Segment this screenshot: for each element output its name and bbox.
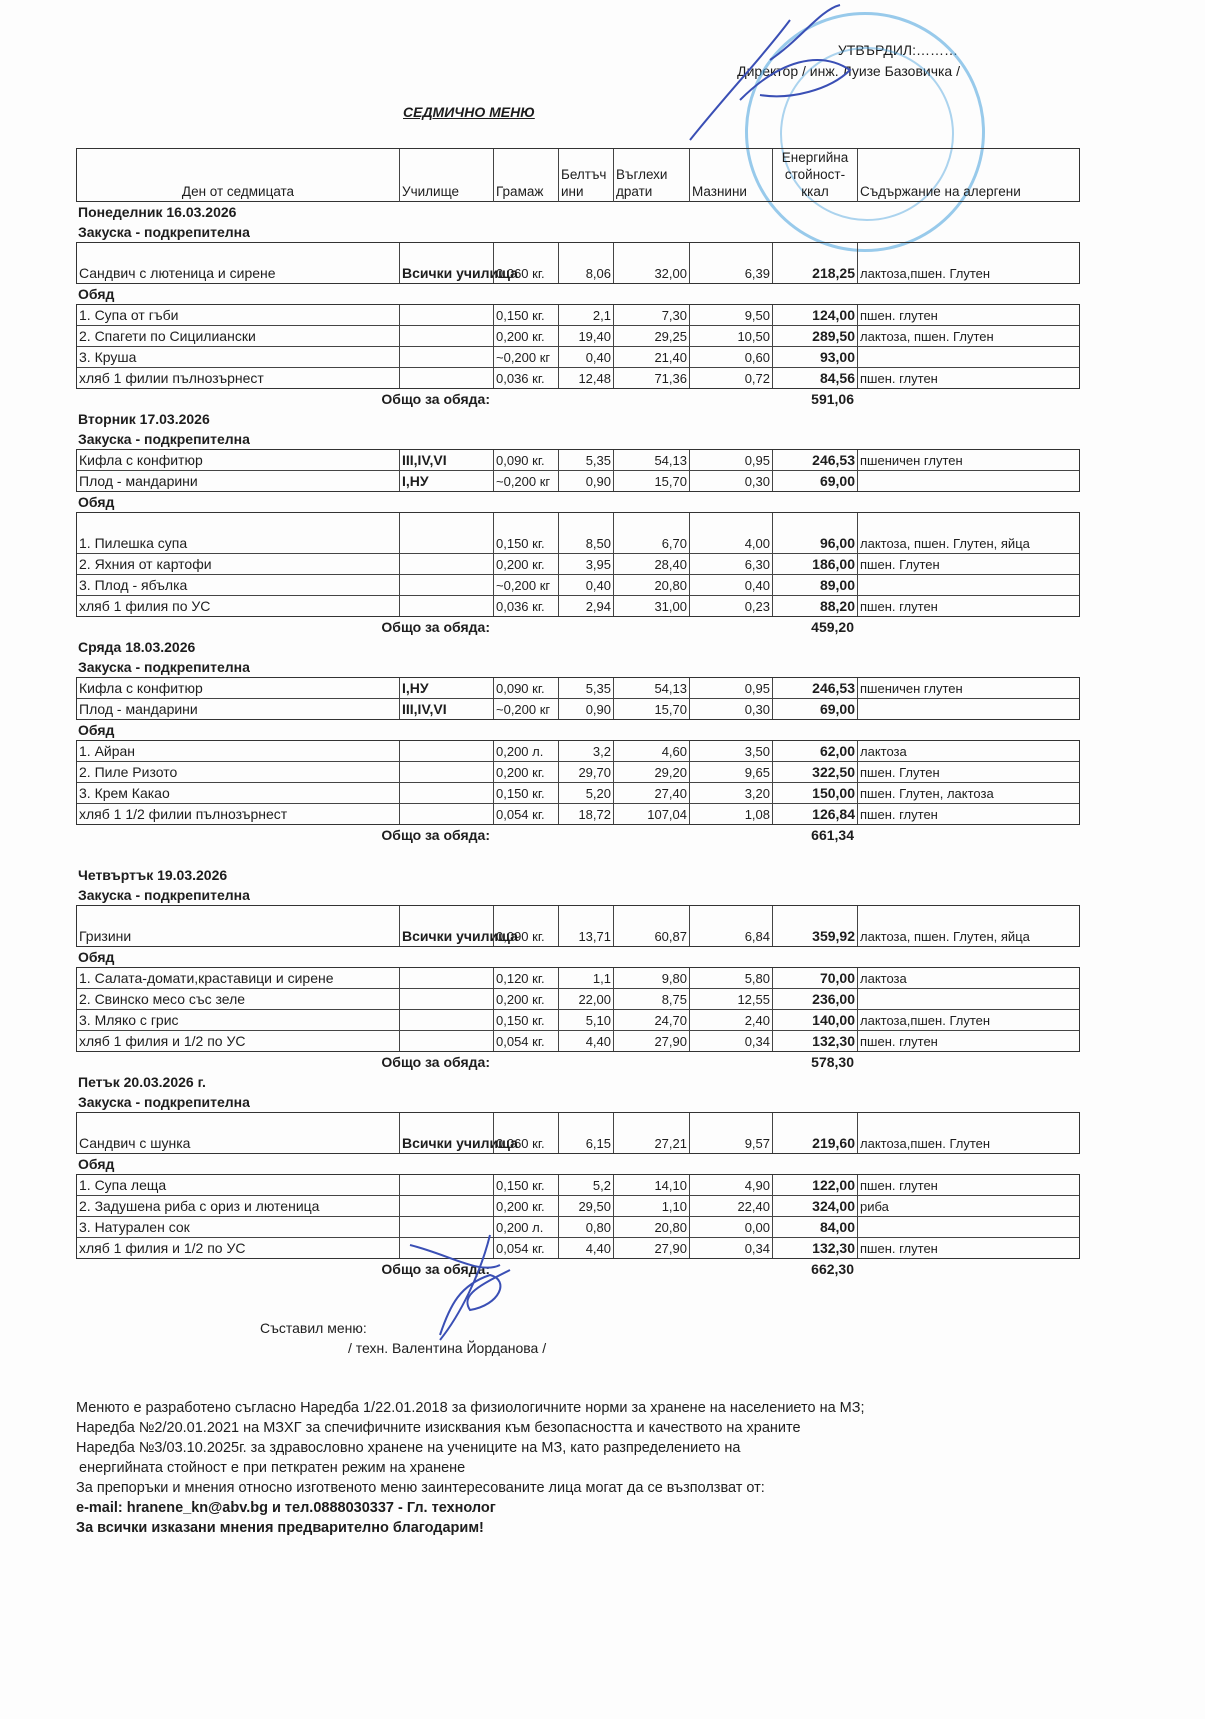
allergens-cell — [857, 471, 1079, 491]
allergens-cell: лактоза, пшен. Глутен, яйца — [857, 513, 1079, 553]
kcal-cell: 69,00 — [772, 471, 857, 491]
dish-name: Сандвич с шунка — [77, 1113, 399, 1153]
weight-cell: 0,200 л. — [493, 741, 558, 761]
protein-cell: 5,10 — [558, 1010, 613, 1030]
school-cell — [399, 1238, 493, 1258]
protein-cell: 4,40 — [558, 1031, 613, 1051]
protein-cell: 2,94 — [558, 596, 613, 616]
fat-cell: 0,00 — [689, 1217, 772, 1237]
meal-table: ГризиниВсички училища0,090 кг.13,7160,87… — [76, 905, 1080, 947]
table-row: 1. Пилешка супа0,150 кг.8,506,704,0096,0… — [77, 513, 1079, 553]
fat-cell: 4,00 — [689, 513, 772, 553]
breakfast-heading: Закуска - подкрепителна — [76, 429, 1080, 449]
protein-cell: 22,00 — [558, 989, 613, 1009]
school-cell — [399, 989, 493, 1009]
school-cell — [399, 368, 493, 388]
kcal-cell: 236,00 — [772, 989, 857, 1009]
allergens-cell: лактоза,пшен. Глутен — [857, 1010, 1079, 1030]
protein-cell: 8,06 — [558, 243, 613, 283]
kcal-cell: 246,53 — [772, 678, 857, 698]
protein-cell: 0,80 — [558, 1217, 613, 1237]
carbs-cell: 54,13 — [613, 678, 689, 698]
day-heading: Вторник 17.03.2026 — [76, 409, 1080, 429]
table-row: хляб 1 филия и 1/2 по УС0,054 кг.4,4027,… — [77, 1237, 1079, 1258]
kcal-cell: 84,00 — [772, 1217, 857, 1237]
carbs-cell: 24,70 — [613, 1010, 689, 1030]
table-row: 1. Салата-домати,краставици и сирене0,12… — [77, 968, 1079, 988]
allergens-cell: лактоза — [857, 741, 1079, 761]
fat-cell: 0,40 — [689, 575, 772, 595]
table-row: 2. Задушена риба с ориз и лютеница0,200 … — [77, 1195, 1079, 1216]
kcal-cell: 289,50 — [772, 326, 857, 346]
lunch-total-value: 661,34 — [771, 825, 856, 845]
table-row: 3. Натурален сок0,200 л.0,8020,800,0084,… — [77, 1216, 1079, 1237]
protein-cell: 8,50 — [558, 513, 613, 553]
weight-cell: 0.060 кг. — [493, 1113, 558, 1153]
breakfast-heading: Закуска - подкрепителна — [76, 1092, 1080, 1112]
weight-cell: 0,150 кг. — [493, 1175, 558, 1195]
kcal-cell: 359,92 — [772, 906, 857, 946]
lunch-total-row: Общо за обяда:661,34 — [76, 825, 1080, 845]
dish-name: хляб 1 филия и 1/2 по УС — [77, 1031, 399, 1051]
school-cell — [399, 968, 493, 988]
school-cell — [399, 347, 493, 367]
col-carbs: Въглехи драти — [613, 149, 689, 202]
weight-cell: 0,090 кг. — [493, 678, 558, 698]
dish-name: 2. Яхния от картофи — [77, 554, 399, 574]
meal-table: 1. Супа от гъби0,150 кг.2,17,309,50124,0… — [76, 304, 1080, 389]
kcal-cell: 218,25 — [772, 243, 857, 283]
fat-cell: 2,40 — [689, 1010, 772, 1030]
allergens-cell: риба — [857, 1196, 1079, 1216]
table-row: 2. Яхния от картофи0,200 кг.3,9528,406,3… — [77, 553, 1079, 574]
dish-name: Кифла с конфитюр — [77, 450, 399, 470]
dish-name: 3. Круша — [77, 347, 399, 367]
carbs-cell: 27,40 — [613, 783, 689, 803]
dish-name: 2. Пиле Ризото — [77, 762, 399, 782]
weight-cell: 0,150 кг. — [493, 305, 558, 325]
school-cell — [399, 1010, 493, 1030]
lunch-total-label: Общо за обяда: — [76, 617, 492, 637]
lunch-heading: Обяд — [76, 1154, 1080, 1174]
table-row: Кифла с конфитюрIII,IV,VI0,090 кг.5,3554… — [77, 450, 1079, 470]
kcal-cell: 324,00 — [772, 1196, 857, 1216]
fat-cell: 0,23 — [689, 596, 772, 616]
table-row: хляб 1 филии пълнозърнест0,036 кг.12,487… — [77, 367, 1079, 388]
fat-cell: 9,65 — [689, 762, 772, 782]
allergens-cell: пшен. Глутен — [857, 554, 1079, 574]
carbs-cell: 4,60 — [613, 741, 689, 761]
days-container: Понеделник 16.03.2026Закуска - подкрепит… — [76, 202, 1080, 1279]
meal-table: 1. Айран0,200 л.3,24,603,5062,00лактоза2… — [76, 740, 1080, 825]
weight-cell: 0,054 кг. — [493, 1031, 558, 1051]
allergens-cell: лактоза,пшен. Глутен — [857, 1113, 1079, 1153]
protein-cell: 2,1 — [558, 305, 613, 325]
carbs-cell: 15,70 — [613, 699, 689, 719]
breakfast-heading: Закуска - подкрепителна — [76, 657, 1080, 677]
weight-cell: 0,150 кг. — [493, 783, 558, 803]
carbs-cell: 14,10 — [613, 1175, 689, 1195]
allergens-cell: пшен. глутен — [857, 596, 1079, 616]
kcal-cell: 246,53 — [772, 450, 857, 470]
table-row: Плод - мандариниIII,IV,VI~0,200 кг0,9015… — [77, 698, 1079, 719]
school-cell — [399, 1196, 493, 1216]
school-cell: Всички училища — [399, 906, 493, 946]
lunch-total-row: Общо за обяда:591,06 — [76, 389, 1080, 409]
protein-cell: 13,71 — [558, 906, 613, 946]
fat-cell: 0,30 — [689, 699, 772, 719]
protein-cell: 3,2 — [558, 741, 613, 761]
allergens-cell — [857, 699, 1079, 719]
carbs-cell: 32,00 — [613, 243, 689, 283]
carbs-cell: 8,75 — [613, 989, 689, 1009]
fat-cell: 9,57 — [689, 1113, 772, 1153]
weight-cell: ~0,200 кг — [493, 699, 558, 719]
kcal-cell: 186,00 — [772, 554, 857, 574]
footer-line: енергийната стойност е при петкратен реж… — [76, 1458, 1126, 1478]
school-cell — [399, 741, 493, 761]
protein-cell: 29,70 — [558, 762, 613, 782]
allergens-cell: лактоза,пшен. Глутен — [857, 243, 1079, 283]
weight-cell: 0,200 кг. — [493, 554, 558, 574]
weight-cell: 0,150 кг. — [493, 1010, 558, 1030]
carbs-cell: 54,13 — [613, 450, 689, 470]
weekly-menu-table: Ден от седмицата Училище Грамаж Белтъч и… — [76, 148, 1080, 1279]
allergens-cell: пшен. глутен — [857, 368, 1079, 388]
weight-cell: 0,036 кг. — [493, 368, 558, 388]
protein-cell: 5,35 — [558, 678, 613, 698]
table-row: хляб 1 филия и 1/2 по УС0,054 кг.4,4027,… — [77, 1030, 1079, 1051]
protein-cell: 0,90 — [558, 699, 613, 719]
day-section: Понеделник 16.03.2026Закуска - подкрепит… — [76, 202, 1080, 409]
table-row: 1. Айран0,200 л.3,24,603,5062,00лактоза — [77, 741, 1079, 761]
school-cell — [399, 575, 493, 595]
footer-line: Наредба №2/20.01.2021 на МЗХГ за спечифи… — [76, 1418, 1126, 1438]
lunch-total-value: 662,30 — [771, 1259, 856, 1279]
weight-cell: 0,200 кг. — [493, 1196, 558, 1216]
weight-cell: 0,090 кг. — [493, 450, 558, 470]
weight-cell: 0,150 кг. — [493, 513, 558, 553]
lunch-total-row: Общо за обяда:578,30 — [76, 1052, 1080, 1072]
kcal-cell: 93,00 — [772, 347, 857, 367]
dish-name: 2. Спагети по Сицилиански — [77, 326, 399, 346]
dish-name: 3. Мляко с грис — [77, 1010, 399, 1030]
day-heading: Четвъртък 19.03.2026 — [76, 865, 1080, 885]
table-row: ГризиниВсички училища0,090 кг.13,7160,87… — [77, 906, 1079, 946]
carbs-cell: 15,70 — [613, 471, 689, 491]
dish-name: Кифла с конфитюр — [77, 678, 399, 698]
carbs-cell: 107,04 — [613, 804, 689, 824]
fat-cell: 6,39 — [689, 243, 772, 283]
composed-label: Съставил меню: — [260, 1318, 546, 1338]
kcal-cell: 132,30 — [772, 1031, 857, 1051]
weight-cell: 0,090 кг. — [493, 906, 558, 946]
approved-label: УТВЪРДИЛ:……… — [737, 40, 958, 61]
footer-notes: Менюто е разработено съгласно Наредба 1/… — [76, 1398, 1126, 1538]
spacer — [76, 845, 1080, 865]
protein-cell: 5,35 — [558, 450, 613, 470]
weight-cell: ~0,200 кг — [493, 471, 558, 491]
carbs-cell: 20,80 — [613, 1217, 689, 1237]
footer-line: Менюто е разработено съгласно Наредба 1/… — [76, 1398, 1126, 1418]
fat-cell: 0,95 — [689, 678, 772, 698]
dish-name: хляб 1 1/2 филии пълнозърнест — [77, 804, 399, 824]
table-row: хляб 1 филия по УС0,036 кг.2,9431,000,23… — [77, 595, 1079, 616]
table-row: Кифла с конфитюрI,НУ0,090 кг.5,3554,130,… — [77, 678, 1079, 698]
dish-name: 1. Айран — [77, 741, 399, 761]
lunch-total-row: Общо за обяда:459,20 — [76, 617, 1080, 637]
table-row: хляб 1 1/2 филии пълнозърнест0,054 кг.18… — [77, 803, 1079, 824]
allergens-cell: пшен. Глутен, лактоза — [857, 783, 1079, 803]
allergens-cell — [857, 575, 1079, 595]
weight-cell: 0,120 кг. — [493, 968, 558, 988]
col-energy: Енергийна стойност-ккал — [772, 149, 857, 202]
allergens-cell: пшен. глутен — [857, 305, 1079, 325]
weight-cell: 0,200 кг. — [493, 989, 558, 1009]
school-cell — [399, 1217, 493, 1237]
footer-line: За препоръки и мнения относно изготвенот… — [76, 1478, 1126, 1498]
allergens-cell — [857, 347, 1079, 367]
carbs-cell: 1,10 — [613, 1196, 689, 1216]
table-row: 2. Спагети по Сицилиански0,200 кг.19,402… — [77, 325, 1079, 346]
school-cell — [399, 596, 493, 616]
col-fat: Мазнини — [689, 149, 772, 202]
school-cell — [399, 513, 493, 553]
school-cell: Всички училища — [399, 1113, 493, 1153]
fat-cell: 3,20 — [689, 783, 772, 803]
fat-cell: 0,72 — [689, 368, 772, 388]
protein-cell: 5,2 — [558, 1175, 613, 1195]
kcal-cell: 62,00 — [772, 741, 857, 761]
weight-cell: 0,200 кг. — [493, 762, 558, 782]
allergens-cell: пшен. Глутен — [857, 762, 1079, 782]
fat-cell: 1,08 — [689, 804, 772, 824]
protein-cell: 0,40 — [558, 575, 613, 595]
table-row: 1. Супа от гъби0,150 кг.2,17,309,50124,0… — [77, 305, 1079, 325]
lunch-total-label: Общо за обяда: — [76, 389, 492, 409]
allergens-cell: пшен. глутен — [857, 1031, 1079, 1051]
kcal-cell: 70,00 — [772, 968, 857, 988]
allergens-cell: пшен. глутен — [857, 1238, 1079, 1258]
weight-cell: 0.060 кг. — [493, 243, 558, 283]
table-row: 3. Крем Какао0,150 кг.5,2027,403,20150,0… — [77, 782, 1079, 803]
page-title: СЕДМИЧНО МЕНЮ — [403, 104, 535, 120]
fat-cell: 0,60 — [689, 347, 772, 367]
protein-cell: 3,95 — [558, 554, 613, 574]
lunch-total-label: Общо за обяда: — [76, 1259, 492, 1279]
kcal-cell: 140,00 — [772, 1010, 857, 1030]
carbs-cell: 20,80 — [613, 575, 689, 595]
fat-cell: 9,50 — [689, 305, 772, 325]
kcal-cell: 150,00 — [772, 783, 857, 803]
approval-block: УТВЪРДИЛ:……… Директор / инж. Луизе Базов… — [737, 40, 960, 82]
footer-line: Наредба №3/03.10.2025г. за здравословно … — [76, 1438, 1126, 1458]
allergens-cell: пшеничен глутен — [857, 450, 1079, 470]
allergens-cell: пшен. глутен — [857, 804, 1079, 824]
kcal-cell: 69,00 — [772, 699, 857, 719]
contact-line: e-mail: hranene_kn@abv.bg и тел.08880303… — [76, 1498, 1126, 1518]
dish-name: 3. Плод - ябълка — [77, 575, 399, 595]
fat-cell: 0,34 — [689, 1238, 772, 1258]
protein-cell: 19,40 — [558, 326, 613, 346]
table-row: Сандвич с шункаВсички училища0.060 кг.6,… — [77, 1113, 1079, 1153]
fat-cell: 12,55 — [689, 989, 772, 1009]
lunch-heading: Обяд — [76, 284, 1080, 304]
school-cell: I,НУ — [399, 678, 493, 698]
weight-cell: 0,054 кг. — [493, 804, 558, 824]
lunch-total-row: Общо за обяда:662,30 — [76, 1259, 1080, 1279]
weight-cell: ~0,200 кг — [493, 347, 558, 367]
day-section: Четвъртък 19.03.2026Закуска - подкрепите… — [76, 865, 1080, 1072]
fat-cell: 5,80 — [689, 968, 772, 988]
protein-cell: 0,40 — [558, 347, 613, 367]
carbs-cell: 27,21 — [613, 1113, 689, 1153]
allergens-cell — [857, 989, 1079, 1009]
table-row: Сандвич с лютеница и сиренеВсички училищ… — [77, 243, 1079, 283]
director-name: Директор / инж. Луизе Базовичка / — [737, 61, 960, 82]
day-section: Петък 20.03.2026 г.Закуска - подкрепител… — [76, 1072, 1080, 1279]
weight-cell: ~0,200 кг — [493, 575, 558, 595]
protein-cell: 18,72 — [558, 804, 613, 824]
protein-cell: 12,48 — [558, 368, 613, 388]
school-cell — [399, 1031, 493, 1051]
table-row: 1. Супа леща0,150 кг.5,214,104,90122,00п… — [77, 1175, 1079, 1195]
kcal-cell: 124,00 — [772, 305, 857, 325]
school-cell — [399, 554, 493, 574]
carbs-cell: 9,80 — [613, 968, 689, 988]
fat-cell: 6,84 — [689, 906, 772, 946]
carbs-cell: 6,70 — [613, 513, 689, 553]
kcal-cell: 132,30 — [772, 1238, 857, 1258]
meal-table: Сандвич с шункаВсички училища0.060 кг.6,… — [76, 1112, 1080, 1154]
dish-name: 1. Супа от гъби — [77, 305, 399, 325]
day-heading: Сряда 18.03.2026 — [76, 637, 1080, 657]
school-cell — [399, 762, 493, 782]
composed-by: Съставил меню: / техн. Валентина Йордано… — [260, 1318, 546, 1358]
school-cell — [399, 1175, 493, 1195]
col-day: Ден от седмицата — [77, 149, 399, 202]
protein-cell: 5,20 — [558, 783, 613, 803]
school-cell: III,IV,VI — [399, 450, 493, 470]
breakfast-heading: Закуска - подкрепителна — [76, 222, 1080, 242]
protein-cell: 1,1 — [558, 968, 613, 988]
carbs-cell: 28,40 — [613, 554, 689, 574]
allergens-cell: лактоза, пшен. Глутен, яйца — [857, 906, 1079, 946]
school-cell — [399, 326, 493, 346]
carbs-cell: 29,25 — [613, 326, 689, 346]
table-header: Ден от седмицата Училище Грамаж Белтъч и… — [76, 148, 1080, 202]
carbs-cell: 71,36 — [613, 368, 689, 388]
fat-cell: 0,34 — [689, 1031, 772, 1051]
carbs-cell: 31,00 — [613, 596, 689, 616]
meal-table: Кифла с конфитюрI,НУ0,090 кг.5,3554,130,… — [76, 677, 1080, 720]
kcal-cell: 122,00 — [772, 1175, 857, 1195]
dish-name: 3. Крем Какао — [77, 783, 399, 803]
protein-cell: 0,90 — [558, 471, 613, 491]
meal-table: Кифла с конфитюрIII,IV,VI0,090 кг.5,3554… — [76, 449, 1080, 492]
allergens-cell: пшеничен глутен — [857, 678, 1079, 698]
lunch-total-label: Общо за обяда: — [76, 825, 492, 845]
meal-table: 1. Салата-домати,краставици и сирене0,12… — [76, 967, 1080, 1052]
dish-name: 1. Салата-домати,краставици и сирене — [77, 968, 399, 988]
protein-cell: 4,40 — [558, 1238, 613, 1258]
lunch-total-value: 591,06 — [771, 389, 856, 409]
carbs-cell: 21,40 — [613, 347, 689, 367]
col-school: Училище — [399, 149, 493, 202]
dish-name: Сандвич с лютеница и сирене — [77, 243, 399, 283]
dish-name: 3. Натурален сок — [77, 1217, 399, 1237]
dish-name: хляб 1 филия по УС — [77, 596, 399, 616]
kcal-cell: 88,20 — [772, 596, 857, 616]
kcal-cell: 322,50 — [772, 762, 857, 782]
weight-cell: 0,036 кг. — [493, 596, 558, 616]
lunch-total-value: 459,20 — [771, 617, 856, 637]
table-row: 3. Плод - ябълка~0,200 кг0,4020,800,4089… — [77, 574, 1079, 595]
dish-name: 1. Супа леща — [77, 1175, 399, 1195]
dish-name: хляб 1 филия и 1/2 по УС — [77, 1238, 399, 1258]
dish-name: Гризини — [77, 906, 399, 946]
fat-cell: 0,95 — [689, 450, 772, 470]
allergens-cell: лактоза, пшен. Глутен — [857, 326, 1079, 346]
carbs-cell: 27,90 — [613, 1238, 689, 1258]
dish-name: Плод - мандарини — [77, 699, 399, 719]
meal-table: 1. Пилешка супа0,150 кг.8,506,704,0096,0… — [76, 512, 1080, 617]
weight-cell: 0,054 кг. — [493, 1238, 558, 1258]
school-cell — [399, 804, 493, 824]
fat-cell: 3,50 — [689, 741, 772, 761]
fat-cell: 4,90 — [689, 1175, 772, 1195]
table-row: 2. Свинско месо със зеле0,200 кг.22,008,… — [77, 988, 1079, 1009]
col-protein: Белтъч ини — [558, 149, 613, 202]
protein-cell: 6,15 — [558, 1113, 613, 1153]
carbs-cell: 27,90 — [613, 1031, 689, 1051]
protein-cell: 29,50 — [558, 1196, 613, 1216]
dish-name: хляб 1 филии пълнозърнест — [77, 368, 399, 388]
table-row: Плод - мандариниI,НУ~0,200 кг0,9015,700,… — [77, 470, 1079, 491]
dish-name: Плод - мандарини — [77, 471, 399, 491]
fat-cell: 6,30 — [689, 554, 772, 574]
allergens-cell — [857, 1217, 1079, 1237]
lunch-heading: Обяд — [76, 947, 1080, 967]
fat-cell: 0,30 — [689, 471, 772, 491]
table-row: 3. Круша~0,200 кг0,4021,400,6093,00 — [77, 346, 1079, 367]
school-cell — [399, 305, 493, 325]
carbs-cell: 7,30 — [613, 305, 689, 325]
kcal-cell: 89,00 — [772, 575, 857, 595]
school-cell — [399, 783, 493, 803]
lunch-heading: Обяд — [76, 720, 1080, 740]
table-row: 2. Пиле Ризото0,200 кг.29,7029,209,65322… — [77, 761, 1079, 782]
lunch-heading: Обяд — [76, 492, 1080, 512]
dish-name: 2. Задушена риба с ориз и лютеница — [77, 1196, 399, 1216]
day-heading: Петък 20.03.2026 г. — [76, 1072, 1080, 1092]
lunch-total-value: 578,30 — [771, 1052, 856, 1072]
day-section: Сряда 18.03.2026Закуска - подкрепителнаК… — [76, 637, 1080, 865]
dish-name: 1. Пилешка супа — [77, 513, 399, 553]
meal-table: Сандвич с лютеница и сиренеВсички училищ… — [76, 242, 1080, 284]
kcal-cell: 126,84 — [772, 804, 857, 824]
school-cell: III,IV,VI — [399, 699, 493, 719]
day-section: Вторник 17.03.2026Закуска - подкрепителн… — [76, 409, 1080, 637]
day-heading: Понеделник 16.03.2026 — [76, 202, 1080, 222]
weight-cell: 0,200 л. — [493, 1217, 558, 1237]
allergens-cell: пшен. глутен — [857, 1175, 1079, 1195]
breakfast-heading: Закуска - подкрепителна — [76, 885, 1080, 905]
school-cell: Всички училища — [399, 243, 493, 283]
thanks-line: За всички изказани мнения предварително … — [76, 1518, 1126, 1538]
composed-name: / техн. Валентина Йорданова / — [348, 1338, 546, 1358]
kcal-cell: 96,00 — [772, 513, 857, 553]
